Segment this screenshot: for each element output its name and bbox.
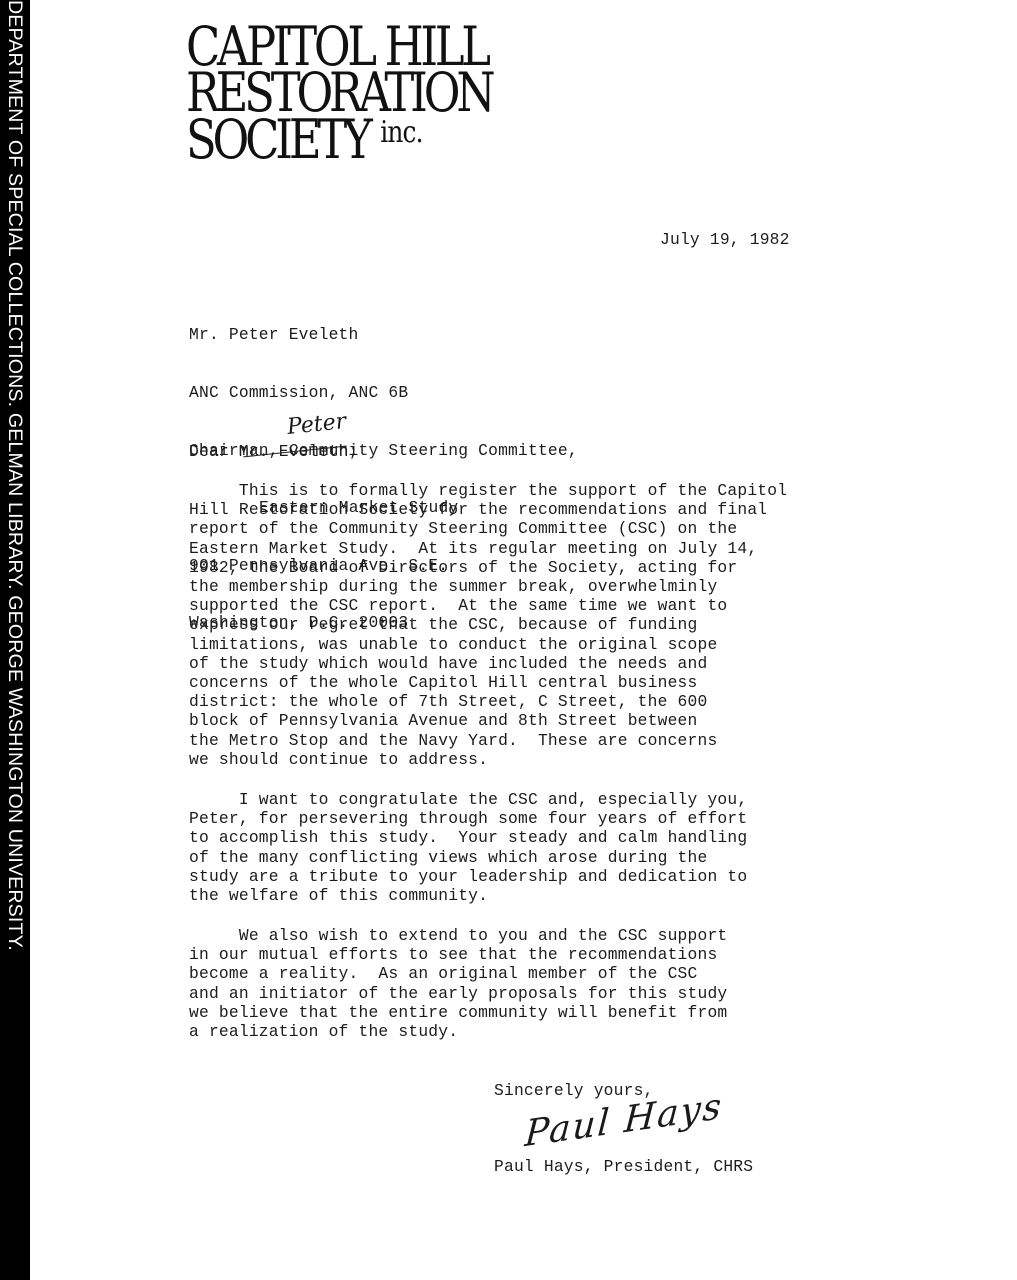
salutation-suffix: ;	[349, 442, 359, 461]
body-line: limitations, was unable to conduct the o…	[189, 635, 787, 654]
body-line: we believe that the entire community wil…	[189, 1003, 727, 1022]
body-line: I want to congratulate the CSC and, espe…	[189, 790, 747, 809]
body-line: and an initiator of the early proposals …	[189, 984, 727, 1003]
salutation-struck-name: Mr. Eveleth	[239, 442, 349, 461]
body-line: the Metro Stop and the Navy Yard. These …	[189, 731, 787, 750]
body-line: Peter, for persevering through some four…	[189, 809, 747, 828]
salutation: Dear Mr. Eveleth;	[189, 442, 359, 461]
body-line: We also wish to extend to you and the CS…	[189, 926, 727, 945]
body-paragraph-2: I want to congratulate the CSC and, espe…	[189, 790, 747, 905]
letterhead-logo: CAPITOL HILL RESTORATION SOCIETYinc.	[186, 24, 554, 163]
body-line: the welfare of this community.	[189, 886, 747, 905]
letterhead-society: SOCIETY	[186, 108, 369, 171]
body-line: of the many conflicting views which aros…	[189, 848, 747, 867]
archive-attribution: DEPARTMENT OF SPECIAL COLLECTIONS. GELMA…	[6, 0, 24, 1080]
address-line: ANC Commission, ANC 6B	[189, 383, 578, 402]
body-paragraph-1: This is to formally register the support…	[189, 481, 787, 769]
body-line: we should continue to address.	[189, 750, 787, 769]
body-line: This is to formally register the support…	[189, 481, 787, 500]
body-line: express our regret that the CSC, because…	[189, 615, 787, 634]
body-line: district: the whole of 7th Street, C Str…	[189, 692, 787, 711]
body-line: supported the CSC report. At the same ti…	[189, 596, 787, 615]
body-line: the membership during the summer break, …	[189, 577, 787, 596]
body-line: become a reality. As an original member …	[189, 964, 727, 983]
body-line: 1982, the Board of Directors of the Soci…	[189, 558, 787, 577]
body-line: concerns of the whole Capitol Hill centr…	[189, 673, 787, 692]
body-line: report of the Community Steering Committ…	[189, 519, 787, 538]
letter-date: July 19, 1982	[660, 230, 790, 249]
letterhead-inc: inc.	[380, 115, 423, 150]
body-line: of the study which would have included t…	[189, 654, 787, 673]
body-line: to accomplish this study. Your steady an…	[189, 828, 747, 847]
salutation-prefix: Dear	[189, 442, 239, 461]
body-paragraph-3: We also wish to extend to you and the CS…	[189, 926, 727, 1041]
body-line: Eastern Market Study. At its regular mee…	[189, 539, 787, 558]
body-line: a realization of the study.	[189, 1022, 727, 1041]
letterhead-line-3: SOCIETYinc.	[186, 117, 491, 163]
body-line: in our mutual efforts to see that the re…	[189, 945, 727, 964]
body-line: block of Pennsylvania Avenue and 8th Str…	[189, 711, 787, 730]
signer-name: Paul Hays, President, CHRS	[494, 1157, 753, 1176]
closing: Sincerely yours,	[494, 1081, 654, 1100]
archive-side-strip: DEPARTMENT OF SPECIAL COLLECTIONS. GELMA…	[0, 0, 30, 1280]
body-line: Hill Restoration Society for the recomme…	[189, 500, 787, 519]
body-line: study are a tribute to your leadership a…	[189, 867, 747, 886]
address-line: Mr. Peter Eveleth	[189, 325, 578, 344]
